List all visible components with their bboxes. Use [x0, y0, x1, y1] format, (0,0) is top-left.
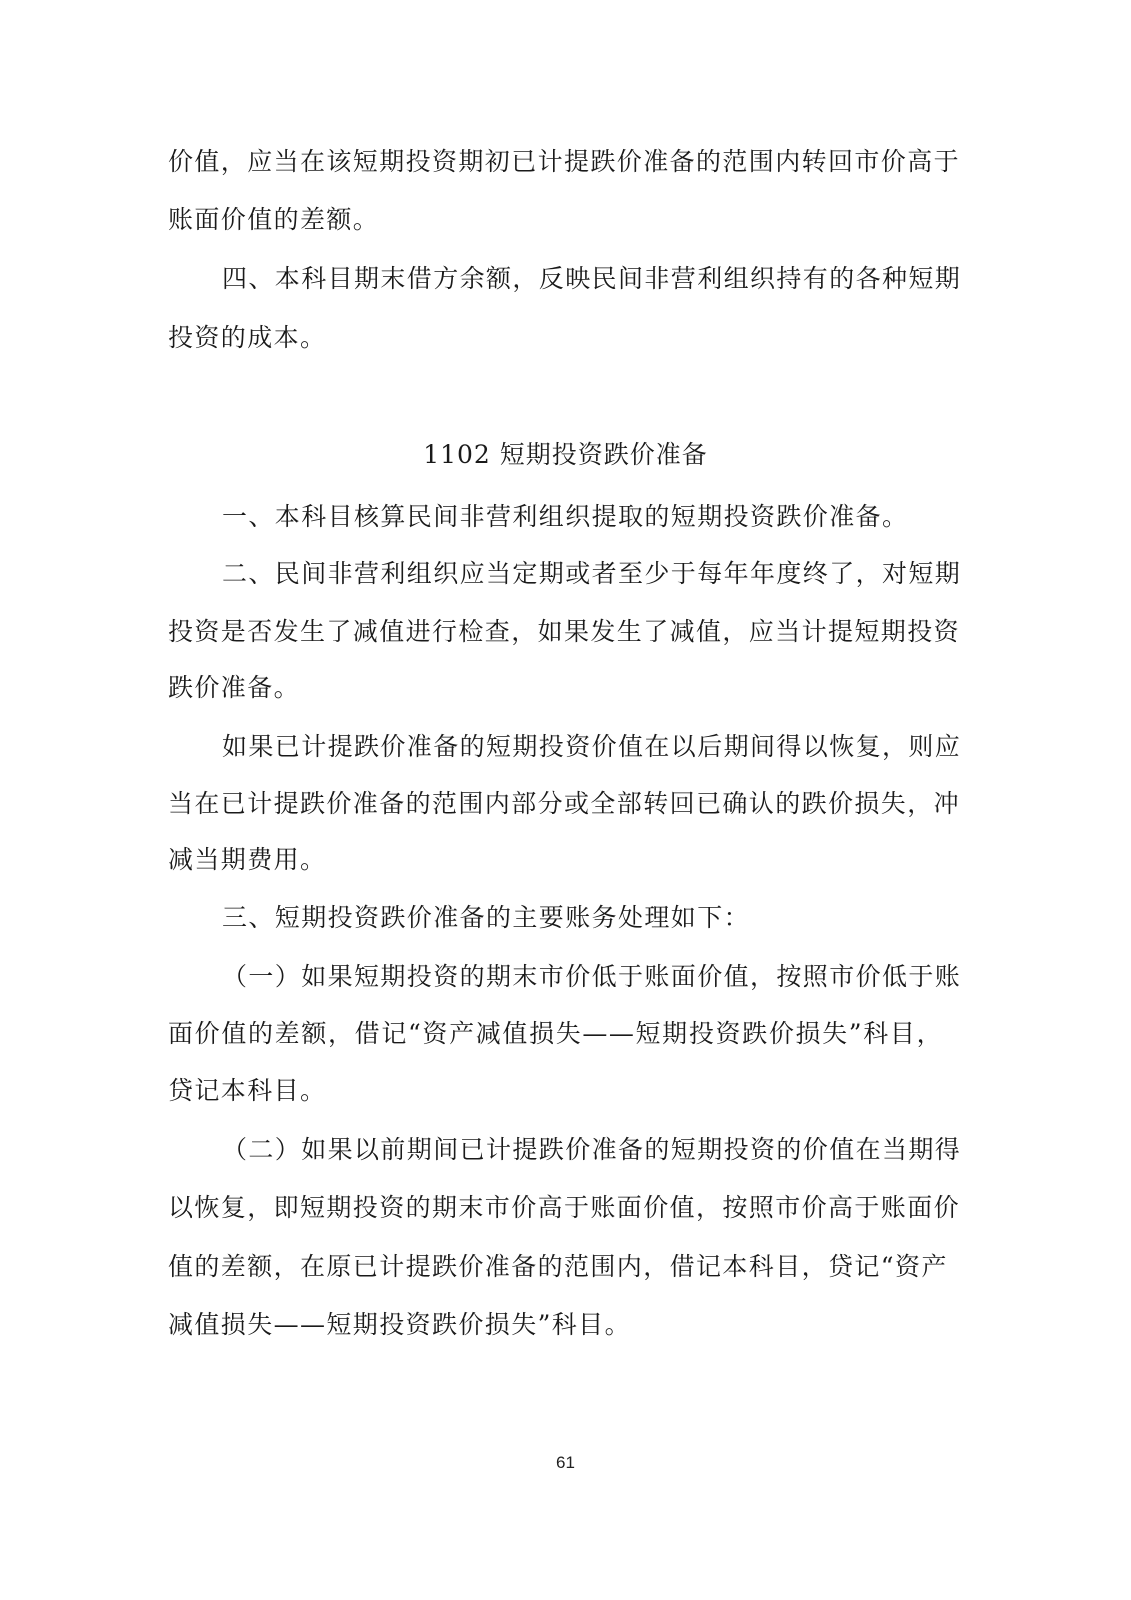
paragraph-line: 面价值的差额，借记“资产减值损失——短期投资跌价损失”科目， [168, 1014, 943, 1054]
paragraph-line: 以恢复，即短期投资的期末市价高于账面价值，按照市价高于账面价 [168, 1188, 943, 1228]
paragraph-line: 投资的成本。 [168, 318, 943, 358]
paragraph-line: 值的差额，在原已计提跌价准备的范围内，借记本科目，贷记“资产 [168, 1247, 943, 1287]
paragraph-line: 四、本科目期末借方余额，反映民间非营利组织持有的各种短期 [222, 259, 943, 299]
section-title: 1102 短期投资跌价准备 [0, 435, 1131, 475]
paragraph-line: 账面价值的差额。 [168, 200, 943, 240]
paragraph-line: 贷记本科目。 [168, 1071, 943, 1111]
document-page: 价值，应当在该短期投资期初已计提跌价准备的范围内转回市价高于 账面价值的差额。 … [0, 0, 1131, 1600]
page-number: 61 [0, 1453, 1131, 1473]
paragraph-line: （二）如果以前期间已计提跌价准备的短期投资的价值在当期得 [222, 1130, 943, 1170]
paragraph-line: 如果已计提跌价准备的短期投资价值在以后期间得以恢复，则应 [222, 727, 943, 767]
paragraph-line: 价值，应当在该短期投资期初已计提跌价准备的范围内转回市价高于 [168, 142, 943, 182]
paragraph-line: 三、短期投资跌价准备的主要账务处理如下： [222, 898, 943, 938]
paragraph-line: 减值损失——短期投资跌价损失”科目。 [168, 1305, 943, 1345]
paragraph-line: 投资是否发生了减值进行检查，如果发生了减值，应当计提短期投资 [168, 612, 943, 652]
paragraph-line: 减当期费用。 [168, 840, 943, 880]
paragraph-line: 跌价准备。 [168, 668, 943, 708]
paragraph-line: 二、民间非营利组织应当定期或者至少于每年年度终了，对短期 [222, 554, 943, 594]
paragraph-line: （一）如果短期投资的期末市价低于账面价值，按照市价低于账 [222, 957, 943, 997]
paragraph-line: 一、本科目核算民间非营利组织提取的短期投资跌价准备。 [222, 497, 943, 537]
paragraph-line: 当在已计提跌价准备的范围内部分或全部转回已确认的跌价损失，冲 [168, 784, 943, 824]
